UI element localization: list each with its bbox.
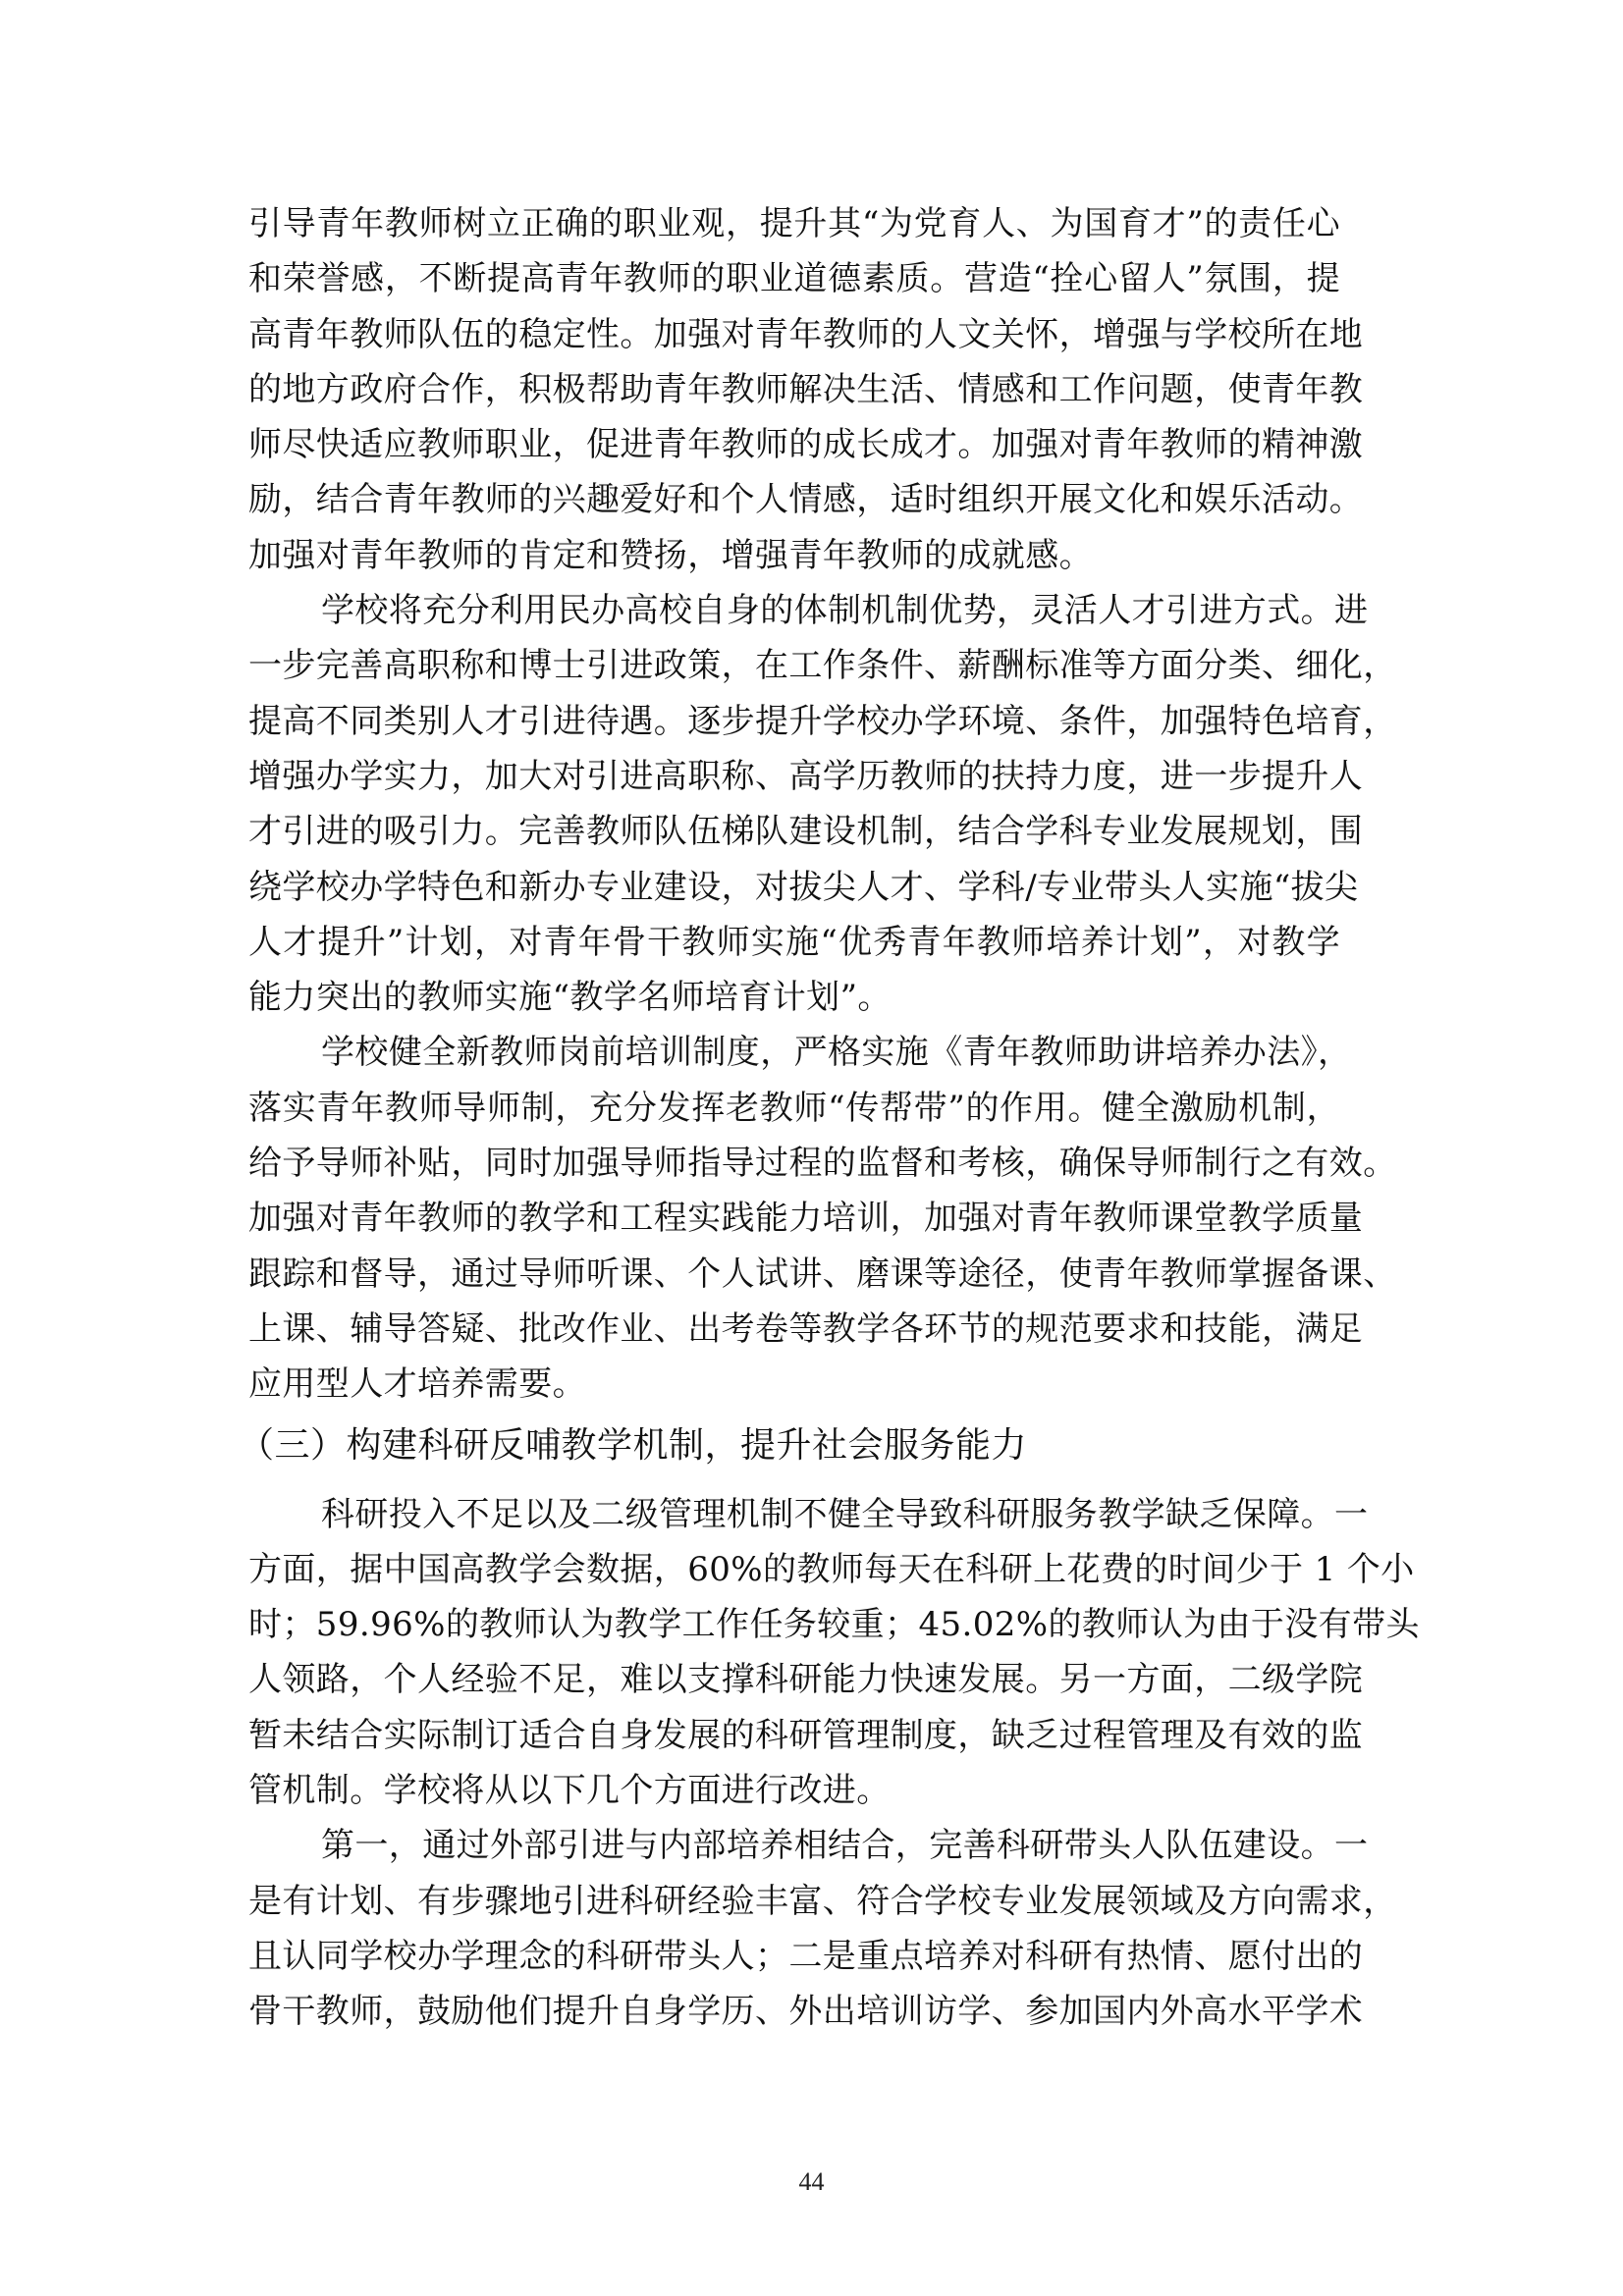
text-line: 增强办学实力，加大对引进高职称、高学历教师的扶持力度，进一步提升人 — [248, 749, 1340, 804]
text-line: 应用型人才培养需要。 — [248, 1357, 1340, 1412]
text-line: 才引进的吸引力。完善教师队伍梯队建设机制，结合学科专业发展规划，围 — [248, 804, 1340, 859]
text-line: 人领路，个人经验不足，难以支撑科研能力快速发展。另一方面，二级学院 — [248, 1652, 1340, 1707]
text-line: 且认同学校办学理念的科研带头人；二是重点培养对科研有热情、愿付出的 — [248, 1929, 1340, 1984]
text-line: 第一，通过外部引进与内部培养相结合，完善科研带头人队伍建设。一 — [248, 1818, 1340, 1873]
text-line: 人才提升”计划，对青年骨干教师实施“优秀青年教师培养计划”，对教学 — [248, 915, 1340, 970]
text-line: 一步完善高职称和博士引进政策，在工作条件、薪酬标准等方面分类、细化， — [248, 638, 1340, 693]
text-line: 励，结合青年教师的兴趣爱好和个人情感，适时组织开展文化和娱乐活动。 — [248, 472, 1340, 527]
text-line: 师尽快适应教师职业，促进青年教师的成长成才。加强对青年教师的精神激 — [248, 417, 1340, 472]
text-line: 时；59.96%的教师认为教学工作任务较重；45.02%的教师认为由于没有带头 — [248, 1597, 1340, 1652]
paragraph: 第一，通过外部引进与内部培养相结合，完善科研带头人队伍建设。一是有计划、有步骤地… — [248, 1818, 1340, 2039]
section-body-before-heading: 引导青年教师树立正确的职业观，提升其“为党育人、为国育才”的责任心和荣誉感，不断… — [248, 196, 1340, 1413]
document-page: 引导青年教师树立正确的职业观，提升其“为党育人、为国育才”的责任心和荣誉感，不断… — [248, 196, 1340, 2040]
text-line: 科研投入不足以及二级管理机制不健全导致科研服务教学缺乏保障。一 — [248, 1487, 1340, 1542]
text-line: 和荣誉感，不断提高青年教师的职业道德素质。营造“拴心留人”氛围，提 — [248, 251, 1340, 306]
text-line: 提高不同类别人才引进待遇。逐步提升学校办学环境、条件，加强特色培育， — [248, 694, 1340, 749]
text-line: 跟踪和督导，通过导师听课、个人试讲、磨课等途径，使青年教师掌握备课、 — [248, 1247, 1340, 1302]
section-body-after-heading: 科研投入不足以及二级管理机制不健全导致科研服务教学缺乏保障。一方面，据中国高教学… — [248, 1487, 1340, 2040]
text-line: 落实青年教师导师制，充分发挥老教师“传帮带”的作用。健全激励机制， — [248, 1081, 1340, 1136]
text-line: 的地方政府合作，积极帮助青年教师解决生活、情感和工作问题，使青年教 — [248, 362, 1340, 417]
paragraph: 学校健全新教师岗前培训制度，严格实施《青年教师助讲培养办法》，落实青年教师导师制… — [248, 1025, 1340, 1412]
text-line: 加强对青年教师的教学和工程实践能力培训，加强对青年教师课堂教学质量 — [248, 1191, 1340, 1246]
text-line: 绕学校办学特色和新办专业建设，对拔尖人才、学科/专业带头人实施“拔尖 — [248, 860, 1340, 915]
text-line: 暂未结合实际制订适合自身发展的科研管理制度，缺乏过程管理及有效的监 — [248, 1708, 1340, 1763]
page-number: 44 — [0, 2167, 1623, 2197]
text-line: 方面，据中国高教学会数据，60%的教师每天在科研上花费的时间少于 1 个小 — [248, 1542, 1340, 1597]
text-line: 上课、辅导答疑、批改作业、出考卷等教学各环节的规范要求和技能，满足 — [248, 1302, 1340, 1357]
text-line: 是有计划、有步骤地引进科研经验丰富、符合学校专业发展领域及方向需求， — [248, 1874, 1340, 1929]
text-line: 学校将充分利用民办高校自身的体制机制优势，灵活人才引进方式。进 — [248, 583, 1340, 638]
paragraph: 学校将充分利用民办高校自身的体制机制优势，灵活人才引进方式。进一步完善高职称和博… — [248, 583, 1340, 1025]
text-line: 高青年教师队伍的稳定性。加强对青年教师的人文关怀，增强与学校所在地 — [248, 307, 1340, 362]
paragraph: 引导青年教师树立正确的职业观，提升其“为党育人、为国育才”的责任心和荣誉感，不断… — [248, 196, 1340, 583]
text-line: 学校健全新教师岗前培训制度，严格实施《青年教师助讲培养办法》， — [248, 1025, 1340, 1080]
text-line: 加强对青年教师的肯定和赞扬，增强青年教师的成就感。 — [248, 528, 1340, 583]
text-line: 能力突出的教师实施“教学名师培育计划”。 — [248, 970, 1340, 1025]
text-line: 引导青年教师树立正确的职业观，提升其“为党育人、为国育才”的责任心 — [248, 196, 1340, 251]
text-line: 骨干教师，鼓励他们提升自身学历、外出培训访学、参加国内外高水平学术 — [248, 1984, 1340, 2039]
section-heading: （三）构建科研反哺教学机制，提升社会服务能力 — [239, 1418, 1340, 1473]
text-line: 管机制。学校将从以下几个方面进行改进。 — [248, 1763, 1340, 1818]
text-line: 给予导师补贴，同时加强导师指导过程的监督和考核，确保导师制行之有效。 — [248, 1136, 1340, 1191]
paragraph: 科研投入不足以及二级管理机制不健全导致科研服务教学缺乏保障。一方面，据中国高教学… — [248, 1487, 1340, 1819]
